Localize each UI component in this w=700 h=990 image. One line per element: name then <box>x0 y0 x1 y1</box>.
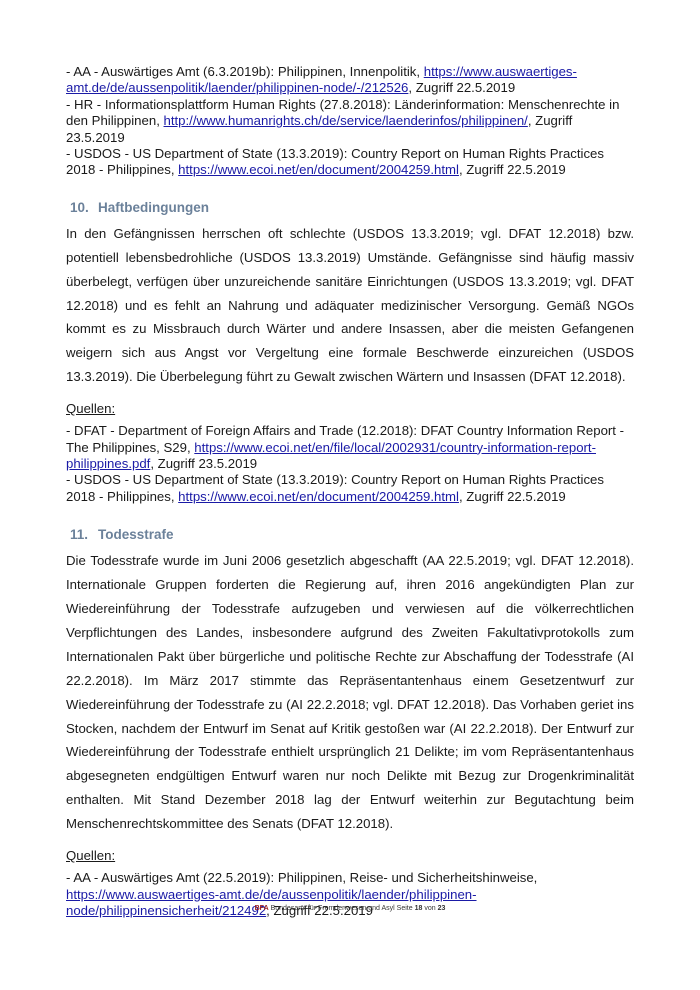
source-link[interactable]: https://www.ecoi.net/en/document/2004259… <box>178 489 459 504</box>
section-heading-haftbedingungen: 10.Haftbedingungen <box>66 200 634 215</box>
source-entry: - USDOS - US Department of State (13.3.2… <box>66 146 634 179</box>
section-body: Die Todesstrafe wurde im Juni 2006 geset… <box>66 549 634 836</box>
sources-label: Quellen: <box>66 848 634 864</box>
page-total: 23 <box>438 905 446 912</box>
section-body: In den Gefängnissen herrschen oft schlec… <box>66 222 634 389</box>
source-link[interactable]: http://www.humanrights.ch/de/service/lae… <box>164 113 528 128</box>
bfa-logo: BFA <box>255 905 269 912</box>
section-heading-todesstrafe: 11.Todesstrafe <box>66 527 634 542</box>
top-sources: - AA - Auswärtiges Amt (6.3.2019b): Phil… <box>66 64 634 179</box>
section-sources: - DFAT - Department of Foreign Affairs a… <box>66 423 634 505</box>
document-page: - AA - Auswärtiges Amt (6.3.2019b): Phil… <box>66 64 634 919</box>
source-entry: - DFAT - Department of Foreign Affairs a… <box>66 423 634 472</box>
sources-label: Quellen: <box>66 401 634 417</box>
agency-name: Bundesamt für Fremdenwesen und Asyl <box>271 905 395 912</box>
page-footer: BFA Bundesamt für Fremdenwesen und Asyl … <box>0 905 700 912</box>
page-number: 18 <box>415 905 423 912</box>
source-entry: - HR - Informationsplattform Human Right… <box>66 97 634 146</box>
source-link[interactable]: https://www.ecoi.net/en/document/2004259… <box>178 162 459 177</box>
source-entry: - AA - Auswärtiges Amt (6.3.2019b): Phil… <box>66 64 634 97</box>
source-entry: - USDOS - US Department of State (13.3.2… <box>66 472 634 505</box>
